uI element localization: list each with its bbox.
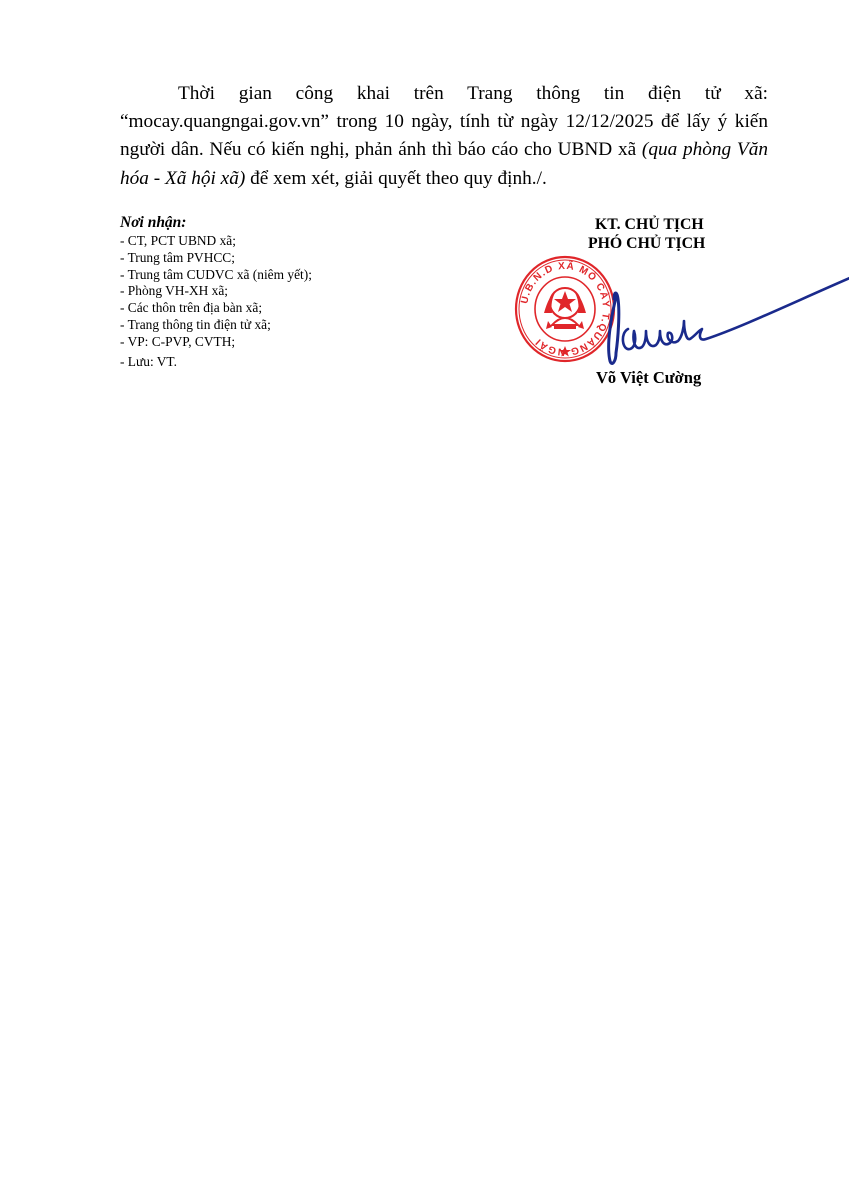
recipients-title: Nơi nhận: (120, 214, 420, 232)
recipient-item: - Trang thông tin điện tử xã; (120, 317, 420, 334)
signature-block: KT. CHỦ TỊCH PHÓ CHỦ TỊCH U.B.N.D XÃ MỎ … (520, 213, 810, 393)
recipients-list: - CT, PCT UBND xã; - Trung tâm PVHCC; - … (120, 233, 420, 370)
signer-role-line-1: KT. CHỦ TỊCH (595, 215, 704, 234)
body-paragraph: Thời gian công khai trên Trang thông tin… (120, 80, 768, 193)
recipient-item: - CT, PCT UBND xã; (120, 233, 420, 250)
recipients-block: Nơi nhận: - CT, PCT UBND xã; - Trung tâm… (120, 214, 420, 370)
recipient-item: - Trung tâm PVHCC; (120, 250, 420, 267)
recipient-item: - Lưu: VT. (120, 354, 420, 371)
handwritten-signature-icon (602, 269, 849, 369)
recipient-item: - VP: C-PVP, CVTH; (120, 334, 420, 351)
body-text-part-3: để xem xét, giải quyết theo quy định./. (245, 168, 546, 189)
recipient-item: - Phòng VH-XH xã; (120, 283, 420, 300)
document-page: Thời gian công khai trên Trang thông tin… (0, 0, 849, 1200)
recipient-item: - Các thôn trên địa bàn xã; (120, 300, 420, 317)
recipient-item: - Trung tâm CUDVC xã (niêm yết); (120, 267, 420, 284)
signer-role-line-2: PHÓ CHỦ TỊCH (588, 234, 705, 253)
signer-name: Võ Việt Cường (596, 368, 701, 388)
official-seal-icon: U.B.N.D XÃ MỎ CÀY T.QUẢNG NGÃI (514, 255, 616, 363)
